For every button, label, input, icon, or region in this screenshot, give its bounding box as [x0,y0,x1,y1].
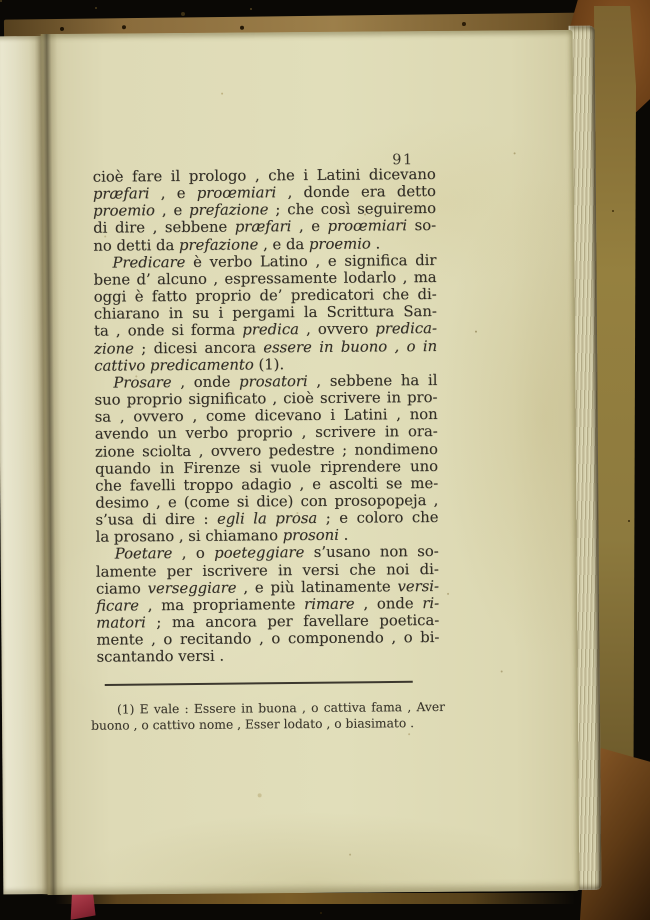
text-line: zione ; dicesi ancora essere in buono , … [94,338,437,358]
text-line: buono , o cattivo nome , Esser lodato , … [91,716,445,735]
text-line: mente , o recitando , o componendo , o b… [96,629,439,649]
text-line: s’usa di dire : egli la prosa ; e coloro… [95,509,438,529]
book-block: 91 cioè fare il prologo , che i Latini d… [0,0,650,920]
text-line: scantando versi . [96,646,439,666]
text-block: cioè fare il prologo , che i Latini dice… [93,166,440,666]
footnote-divider-rule [105,681,413,686]
book-page: 91 cioè fare il prologo , che i Latini d… [41,30,580,895]
text-line: di dire , sebbene præfari , e proœmiari … [93,217,436,237]
footnote-block: (1) E vale : Essere in buona , o cattiva… [91,700,445,735]
book-photograph: 91 cioè fare il prologo , che i Latini d… [0,0,650,920]
